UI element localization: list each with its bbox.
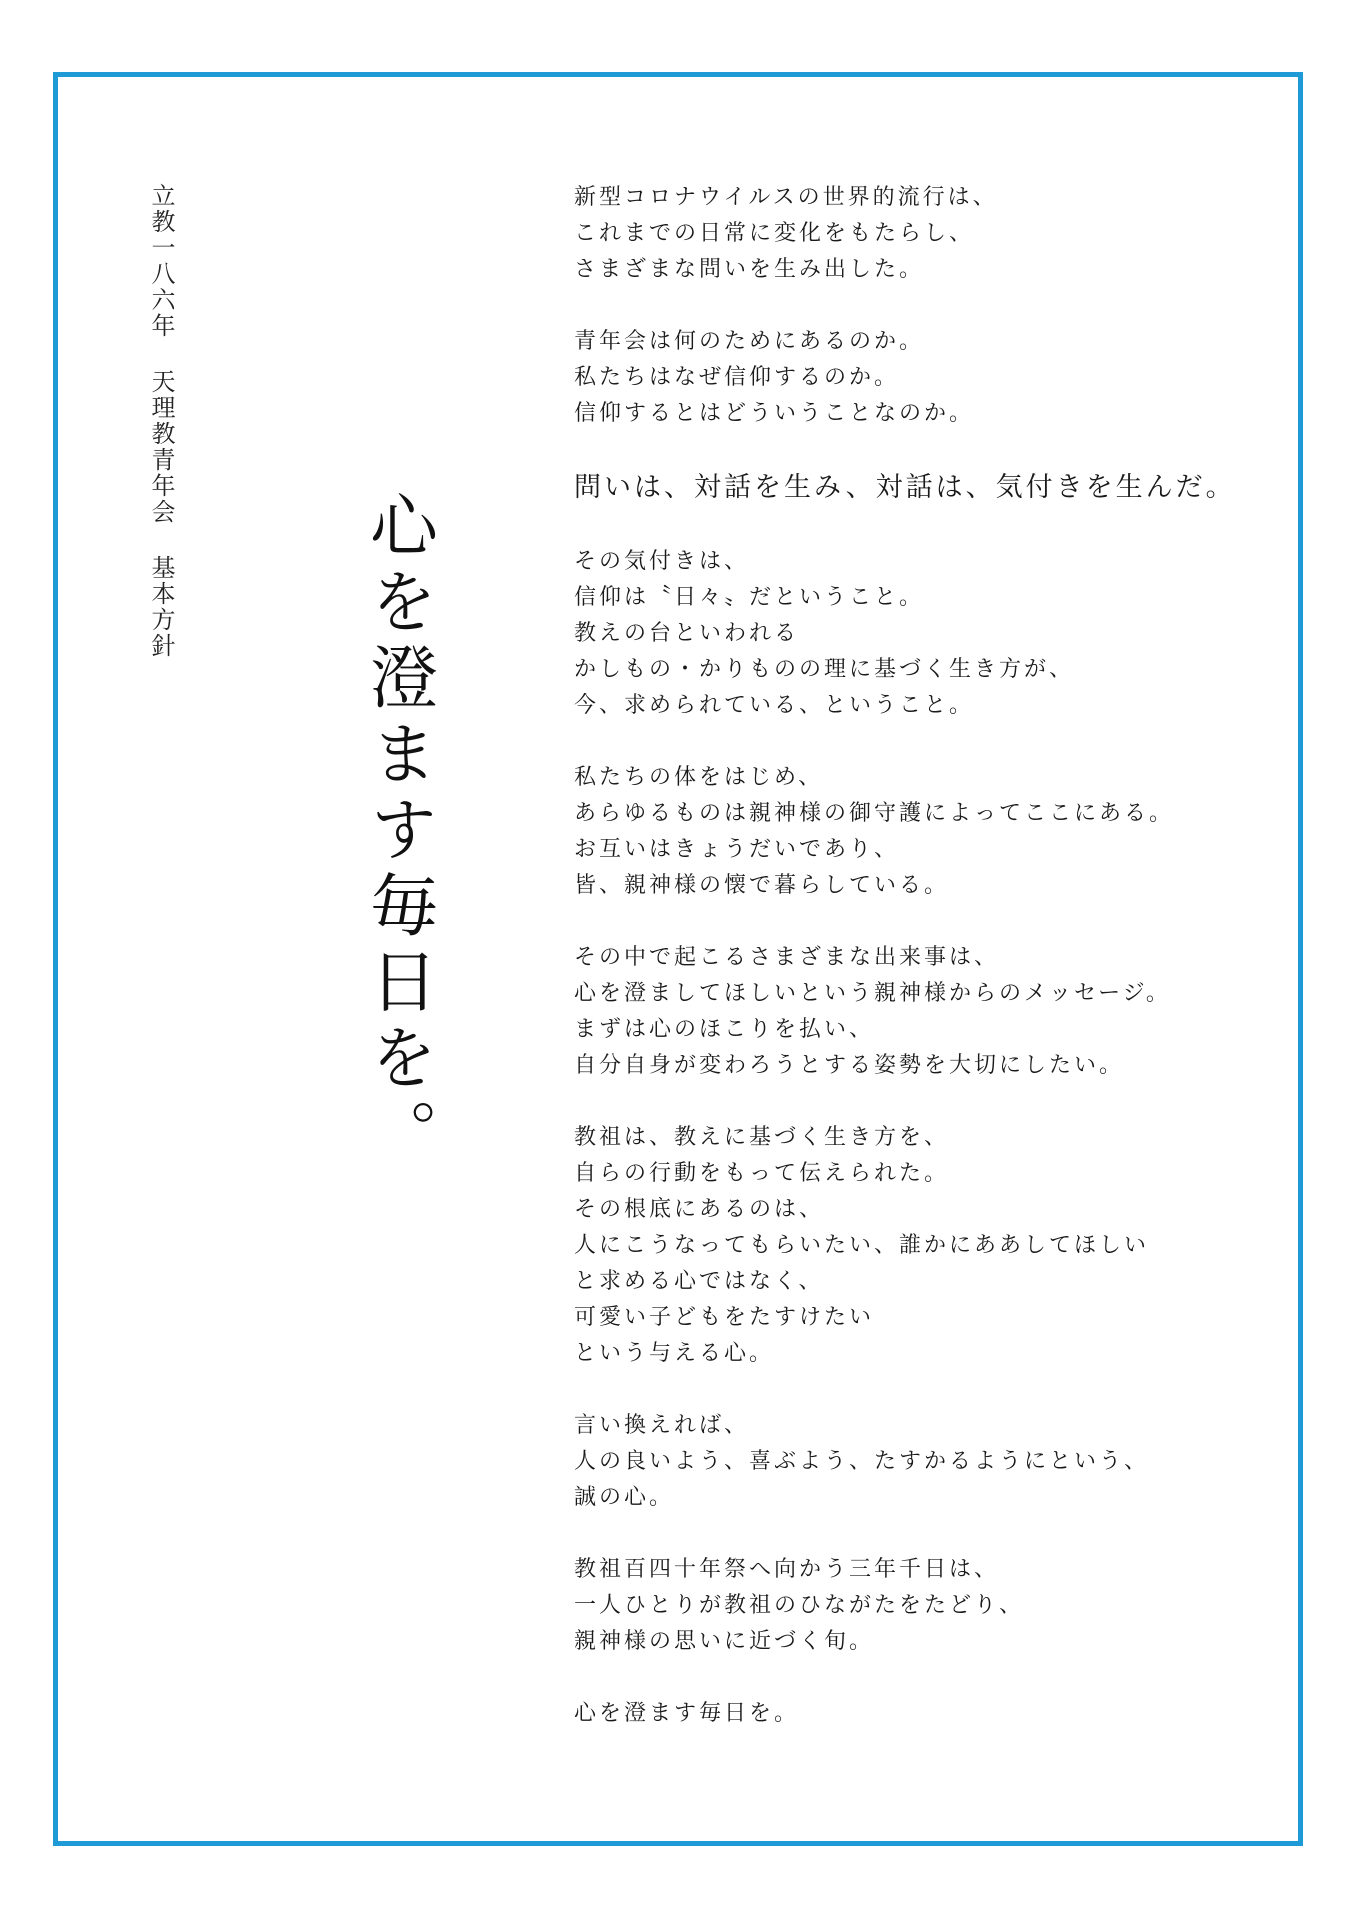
text-line: 心を澄ます毎日を。 xyxy=(574,1696,1274,1732)
text-line: 可愛い子どもをたすけたい xyxy=(574,1300,1274,1336)
text-line: その根底にあるのは、 xyxy=(574,1192,1274,1228)
text-line: 信仰するとはどういうことなのか。 xyxy=(574,396,1274,432)
caption-organization: 天理教青年会 xyxy=(147,369,175,525)
paragraph: 言い換えれば、 人の良いよう、喜ぶよう、たすかるようにという、 誠の心。 xyxy=(574,1408,1274,1516)
paragraph: 青年会は何のためにあるのか。 私たちはなぜ信仰するのか。 信仰するとはどういうこ… xyxy=(574,324,1274,432)
text-line: これまでの日常に変化をもたらし、 xyxy=(574,216,1274,252)
text-line: 人にこうなってもらいたい、誰かにああしてほしい xyxy=(574,1228,1274,1264)
closing-paragraph: 心を澄ます毎日を。 xyxy=(574,1696,1274,1732)
caption-subject: 基本方針 xyxy=(147,555,175,659)
text-line: かしもの・かりものの理に基づく生き方が、 xyxy=(574,652,1274,688)
paragraph: その中で起こるさまざまな出来事は、 心を澄ましてほしいという親神様からのメッセー… xyxy=(574,940,1274,1084)
lead-paragraph: 問いは、対話を生み、対話は、気付きを生んだ。 xyxy=(574,468,1274,508)
caption-year: 立教一八六年 xyxy=(147,183,175,339)
text-line: 人の良いよう、喜ぶよう、たすかるようにという、 xyxy=(574,1444,1274,1480)
text-line: お互いはきょうだいであり、 xyxy=(574,832,1274,868)
paragraph: その気付きは、 信仰は〝日々〟だということ。 教えの台といわれる かしもの・かり… xyxy=(574,544,1274,724)
paragraph: 教祖百四十年祭へ向かう三年千日は、 一人ひとりが教祖のひながたをたどり、 親神様… xyxy=(574,1552,1274,1660)
text-line: 一人ひとりが教祖のひながたをたどり、 xyxy=(574,1588,1274,1624)
text-line: と求める心ではなく、 xyxy=(574,1264,1274,1300)
text-line: 問いは、対話を生み、対話は、気付きを生んだ。 xyxy=(574,468,1274,508)
text-line: 誠の心。 xyxy=(574,1480,1274,1516)
text-line: 今、求められている、ということ。 xyxy=(574,688,1274,724)
text-line: その気付きは、 xyxy=(574,544,1274,580)
text-line: 新型コロナウイルスの世界的流行は、 xyxy=(574,180,1274,216)
page-title: 心を澄ます毎日を。 xyxy=(358,490,438,1174)
text-line: 自らの行動をもって伝えられた。 xyxy=(574,1156,1274,1192)
text-line: 皆、親神様の懐で暮らしている。 xyxy=(574,868,1274,904)
text-line: という与える心。 xyxy=(574,1336,1274,1372)
text-line: その中で起こるさまざまな出来事は、 xyxy=(574,940,1274,976)
body-text: 新型コロナウイルスの世界的流行は、 これまでの日常に変化をもたらし、 さまざまな… xyxy=(574,180,1274,1768)
text-line: あらゆるものは親神様の御守護によってここにある。 xyxy=(574,796,1274,832)
text-line: 言い換えれば、 xyxy=(574,1408,1274,1444)
text-line: 青年会は何のためにあるのか。 xyxy=(574,324,1274,360)
text-line: まずは心のほこりを払い、 xyxy=(574,1012,1274,1048)
paragraph: 教祖は、教えに基づく生き方を、 自らの行動をもって伝えられた。 その根底にあるの… xyxy=(574,1120,1274,1372)
text-line: 自分自身が変わろうとする姿勢を大切にしたい。 xyxy=(574,1048,1274,1084)
paragraph: 新型コロナウイルスの世界的流行は、 これまでの日常に変化をもたらし、 さまざまな… xyxy=(574,180,1274,288)
text-line: 心を澄ましてほしいという親神様からのメッセージ。 xyxy=(574,976,1274,1012)
text-line: 教祖百四十年祭へ向かう三年千日は、 xyxy=(574,1552,1274,1588)
text-line: 信仰は〝日々〟だということ。 xyxy=(574,580,1274,616)
text-line: 教祖は、教えに基づく生き方を、 xyxy=(574,1120,1274,1156)
paragraph: 私たちの体をはじめ、 あらゆるものは親神様の御守護によってここにある。 お互いは… xyxy=(574,760,1274,904)
text-line: さまざまな問いを生み出した。 xyxy=(574,252,1274,288)
vertical-caption: 立教一八六年天理教青年会基本方針 xyxy=(146,183,176,659)
text-line: 私たちはなぜ信仰するのか。 xyxy=(574,360,1274,396)
text-line: 私たちの体をはじめ、 xyxy=(574,760,1274,796)
text-line: 親神様の思いに近づく旬。 xyxy=(574,1624,1274,1660)
text-line: 教えの台といわれる xyxy=(574,616,1274,652)
